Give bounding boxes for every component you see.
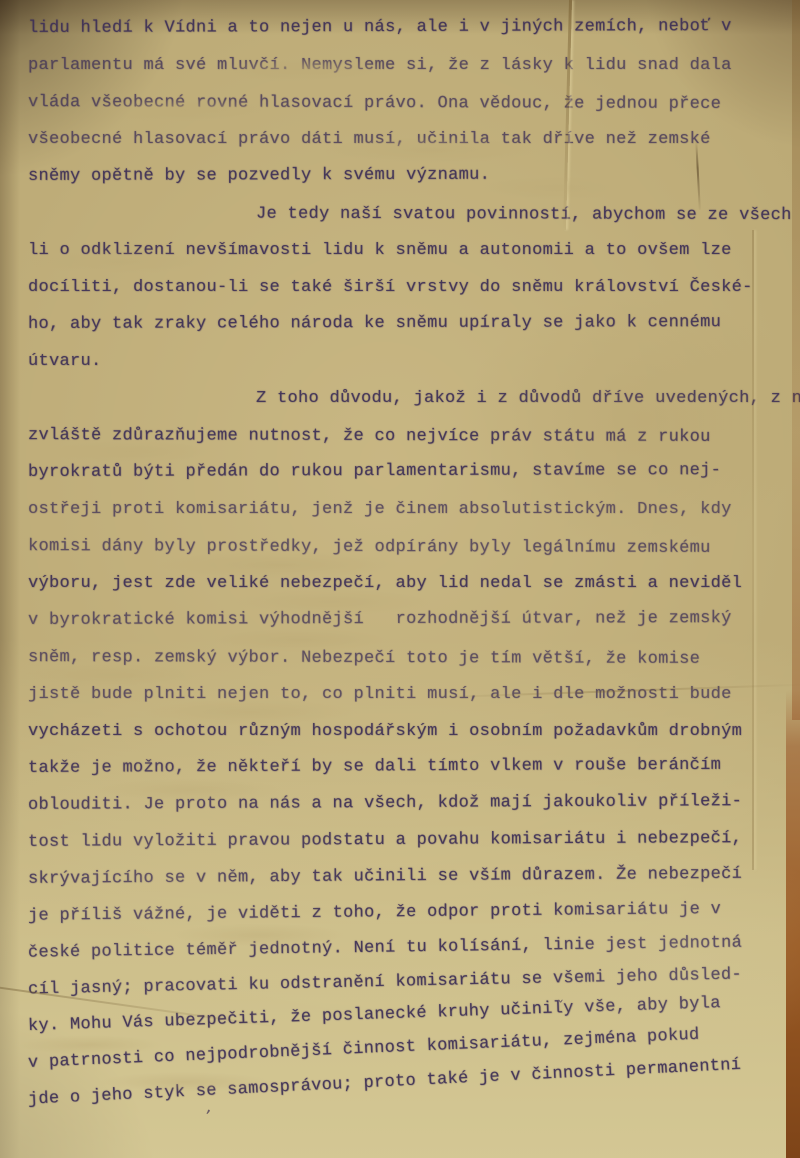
text-line: výboru, jest zde veliké nebezpečí, aby l…: [0, 565, 800, 602]
text-line: ostřeji proti komisariátu, jenž je činem…: [0, 491, 800, 528]
text-line: sněm, resp. zemský výbor. Nebezpečí toto…: [0, 639, 800, 678]
typewritten-text: lidu hledí k Vídni a to nejen u nás, ale…: [0, 0, 800, 1120]
text-line: vycházeti s ochotou různým hospodářským …: [0, 713, 800, 750]
text-line: zvláště zdůrazňujeme nutnost, že co nejv…: [0, 417, 800, 456]
text-line: lidu hledí k Vídni a to nejen u nás, ale…: [0, 8, 800, 47]
text-line: komisi dány byly prostředky, jež odpírán…: [0, 528, 800, 567]
text-line-paragraph-start: Z toho důvodu, jakož i z důvodů dříve uv…: [0, 380, 800, 417]
text-line: v byrokratické komisi výhodnější rozhodn…: [0, 600, 800, 639]
right-edge-backing-strip: [786, 690, 800, 1158]
right-edge-shading: [792, 0, 800, 720]
text-line: li o odklizení nevšímavosti lidu k sněmu…: [0, 232, 800, 269]
text-line: tost lidu vyložiti pravou podstatu a pov…: [0, 820, 800, 861]
text-line: sněmy opětně by se pozvedly k svému význ…: [0, 156, 800, 195]
document-page: lidu hledí k Vídni a to nejen u nás, ale…: [0, 0, 800, 1158]
text-line: ho, aby tak zraky celého národa ke sněmu…: [0, 304, 800, 343]
text-line-paragraph-start: Je tedy naší svatou povinností, abychom …: [0, 195, 800, 234]
text-line: oblouditi. Je proto na nás a na všech, k…: [0, 783, 800, 824]
text-line: vláda všeobecné rovné hlasovací právo. O…: [0, 84, 800, 123]
text-line: všeobecné hlasovací právo dáti musí, uči…: [0, 121, 800, 158]
text-line: jistě bude plniti nejen to, co plniti mu…: [0, 676, 800, 713]
text-line: takže je možno, že někteří by se dali tí…: [0, 747, 800, 787]
text-line: byrokratů býti předán do rukou parlament…: [0, 452, 800, 491]
text-line: docíliti, dostanou-li se také širší vrst…: [0, 269, 800, 306]
text-line: útvaru.: [0, 343, 800, 380]
text-line: parlamentu má své mluvčí. Nemysleme si, …: [0, 47, 800, 84]
